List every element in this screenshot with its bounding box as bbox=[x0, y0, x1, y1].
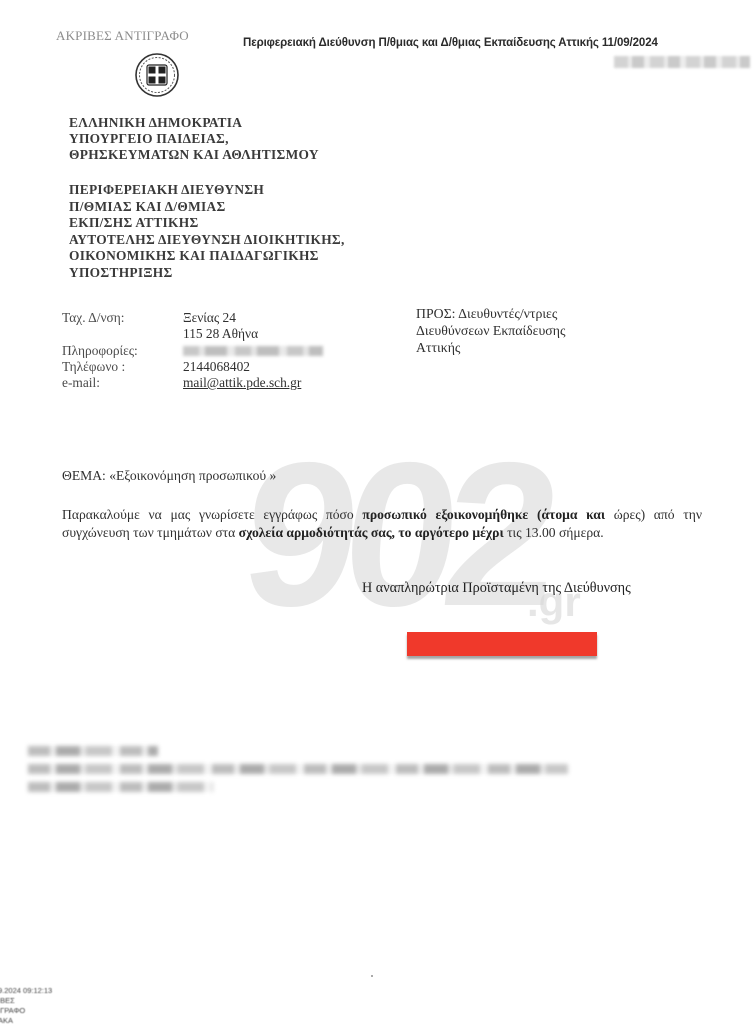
issuer-block: ΕΛΛΗΝΙΚΗ ΔΗΜΟΚΡΑΤΙΑ ΥΠΟΥΡΓΕΙΟ ΠΑΙΔΕΙΑΣ, … bbox=[69, 115, 319, 163]
phone-label: Τηλέφωνο : bbox=[62, 359, 183, 375]
department-line: ΕΚΠ/ΣΗΣ ΑΤΤΙΚΗΣ bbox=[69, 215, 345, 232]
address-line-1: Ξενίας 24 bbox=[183, 310, 236, 326]
recipient-line: Διευθύνσεων Εκπαίδευσης bbox=[416, 322, 565, 339]
fax-header-redaction bbox=[614, 56, 750, 68]
department-line: ΑΥΤΟΤΕΛΗΣ ΔΙΕΥΘΥΝΣΗ ΔΙΟΙΚΗΤΙΚΗΣ, bbox=[69, 232, 345, 249]
certified-copy-stamp: ΑΚΡΙΒΕΣ ΑΝΤΙΓΡΑΦΟ bbox=[56, 28, 189, 44]
fax-header: Περιφερειακή Διεύθυνση Π/θμιας και Δ/θμι… bbox=[243, 37, 658, 49]
footer-stamp-line: 9.2024 09:12:13 bbox=[0, 986, 52, 996]
issuer-line: ΥΠΟΥΡΓΕΙΟ ΠΑΙΔΕΙΑΣ, bbox=[69, 131, 319, 147]
body-text-segment: τις 13.00 σήμερα. bbox=[504, 525, 604, 540]
blurred-line bbox=[28, 764, 568, 774]
phone-value: 2144068402 bbox=[183, 359, 250, 375]
body-paragraph: Παρακαλούμε να μας γνωρίσετε εγγράφως πό… bbox=[62, 506, 702, 541]
info-name-redaction bbox=[183, 346, 323, 356]
info-label: Πληροφορίες: bbox=[62, 343, 183, 359]
department-block: ΠΕΡΙΦΕΡΕΙΑΚΗ ΔΙΕΥΘΥΝΣΗ Π/ΘΜΙΑΣ ΚΑΙ Δ/ΘΜΙ… bbox=[69, 182, 345, 281]
blurred-line bbox=[28, 782, 213, 792]
address-label: Ταχ. Δ/νση: bbox=[62, 310, 183, 326]
body-text-segment: Παρακαλούμε να μας γνωρίσετε εγγράφως πό… bbox=[62, 507, 362, 522]
signature-title: Η αναπληρώτρια Προϊσταμένη της Διεύθυνση… bbox=[362, 580, 631, 597]
blurred-distribution-block bbox=[28, 746, 568, 800]
signature-name-redaction bbox=[407, 632, 597, 656]
contact-block: Ταχ. Δ/νση: Ξενίας 24 115 28 Αθήνα Πληρο… bbox=[62, 310, 323, 391]
issuer-line: ΘΡΗΣΚΕΥΜΑΤΩΝ ΚΑΙ ΑΘΛΗΤΙΣΜΟΥ bbox=[69, 147, 319, 163]
footer-stamp-line: ΑΚΑ bbox=[0, 1016, 52, 1024]
email-label: e-mail: bbox=[62, 375, 183, 391]
department-line: Π/ΘΜΙΑΣ ΚΑΙ Δ/ΘΜΙΑΣ bbox=[69, 199, 345, 216]
address-line-2: 115 28 Αθήνα bbox=[183, 326, 258, 342]
footer-stamp-line: ΙΒΕΣ bbox=[0, 996, 52, 1006]
recipient-line: ΠΡΟΣ: Διευθυντές/ντριες bbox=[416, 305, 565, 322]
body-text-emphasis: σχολεία αρμοδιότητάς σας, το αργότερο μέ… bbox=[239, 525, 504, 540]
body-text-emphasis: προσωπικό εξοικονομήθηκε (άτομα και bbox=[362, 507, 605, 522]
department-line: ΠΕΡΙΦΕΡΕΙΑΚΗ ΔΙΕΥΘΥΝΣΗ bbox=[69, 182, 345, 199]
greek-coat-of-arms-icon bbox=[134, 52, 180, 98]
recipient-line: Αττικής bbox=[416, 339, 565, 356]
department-line: ΟΙΚΟΝΟΜΙΚΗΣ ΚΑΙ ΠΑΙΔΑΓΩΓΙΚΗΣ bbox=[69, 248, 345, 265]
subject-line: ΘΕΜΑ: «Εξοικονόμηση προσωπικού » bbox=[62, 468, 276, 484]
scan-speck bbox=[371, 975, 373, 977]
issuer-line: ΕΛΛΗΝΙΚΗ ΔΗΜΟΚΡΑΤΙΑ bbox=[69, 115, 319, 131]
footer-stamp: 9.2024 09:12:13 ΙΒΕΣ ΙΓΡΑΦΟ ΑΚΑ bbox=[0, 986, 52, 1024]
email-link[interactable]: mail@attik.pde.sch.gr bbox=[183, 375, 301, 391]
department-line: ΥΠΟΣΤΗΡΙΞΗΣ bbox=[69, 265, 345, 282]
footer-stamp-line: ΙΓΡΑΦΟ bbox=[0, 1006, 52, 1016]
recipient-block: ΠΡΟΣ: Διευθυντές/ντριες Διευθύνσεων Εκπα… bbox=[416, 305, 565, 356]
blurred-line bbox=[28, 746, 158, 756]
